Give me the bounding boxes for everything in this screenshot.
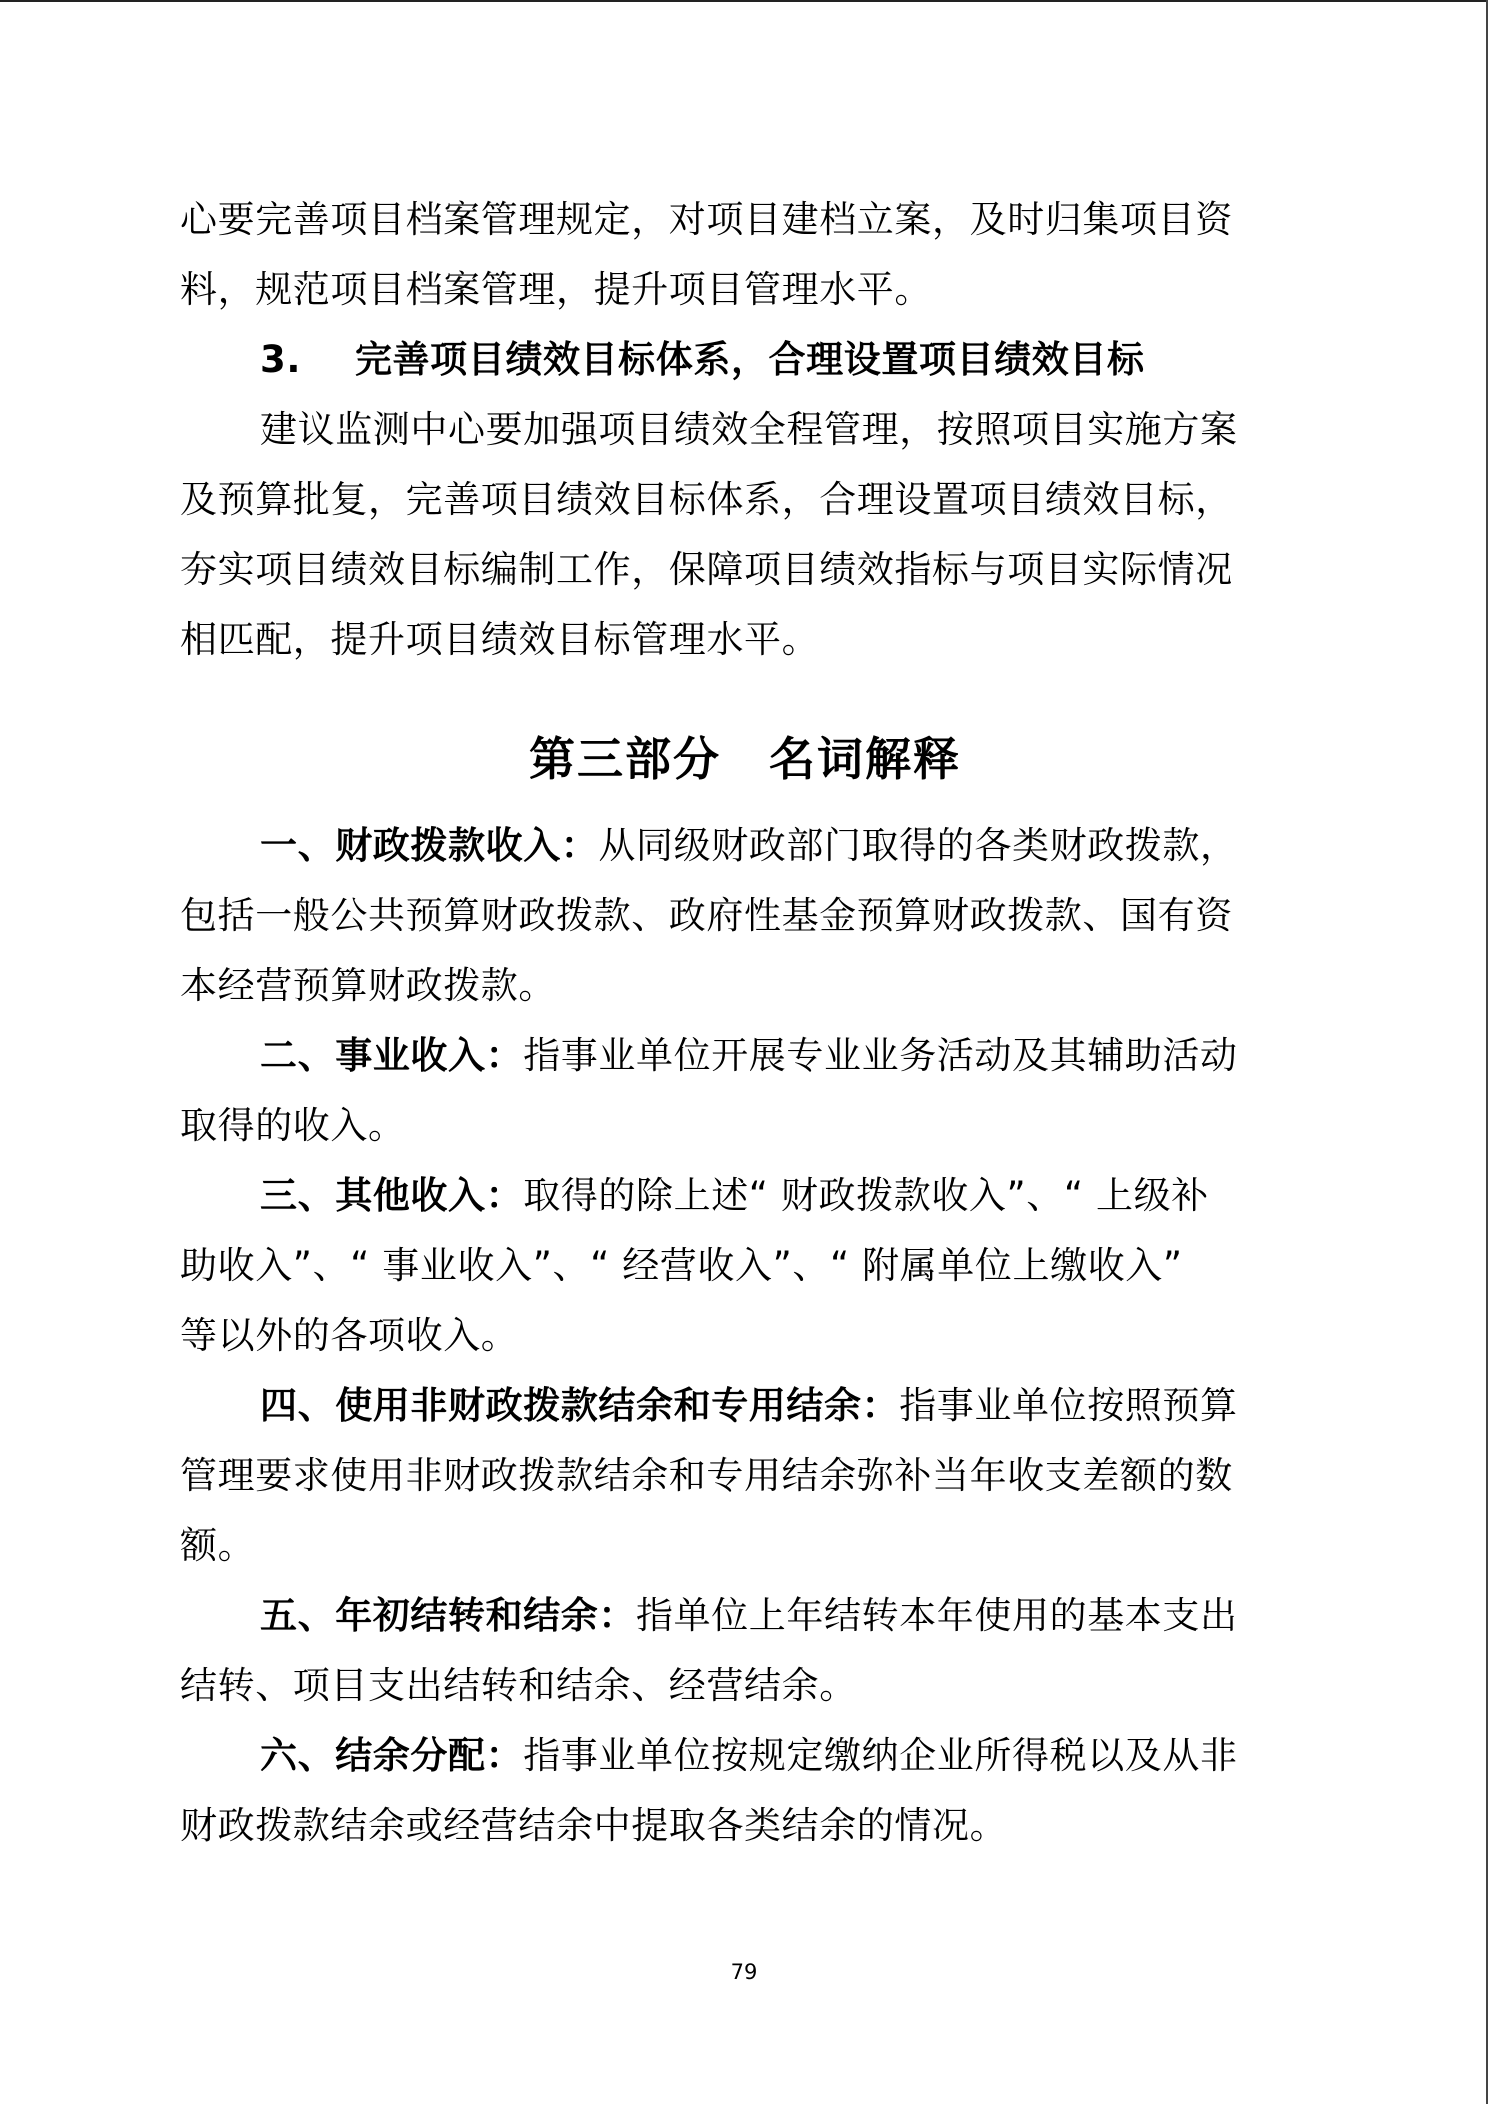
text-line: 结转、项目支出结转和结余、经营结余。	[180, 1651, 1310, 1721]
text-line: 建议监测中心要加强项目绩效全程管理，按照项目实施方案	[180, 395, 1310, 465]
text-line: 本经营预算财政拨款。	[180, 951, 1310, 1021]
term-text: 取得的除上述“ 财政拨款收入”、“ 上级补	[523, 1174, 1209, 1217]
text-line: 及预算批复，完善项目绩效目标体系，合理设置项目绩效目标，	[180, 465, 1310, 535]
term-definition: 三、其他收入：取得的除上述“ 财政拨款收入”、“ 上级补 助收入”、“ 事业收入…	[180, 1161, 1310, 1371]
term-text: 指事业单位按规定缴纳企业所得税以及从非	[523, 1734, 1237, 1777]
text-line: 相匹配，提升项目绩效目标管理水平。	[180, 605, 1310, 675]
section-title: 第三部分 名词解释	[180, 707, 1310, 811]
text-line: 取得的收入。	[180, 1091, 1310, 1161]
term-first-line: 五、年初结转和结余：指单位上年结转本年使用的基本支出	[180, 1581, 1310, 1651]
subheading: 3. 完善项目绩效目标体系，合理设置项目绩效目标	[180, 325, 1310, 395]
text-line: 助收入”、“ 事业收入”、“ 经营收入”、“ 附属单位上缴收入”	[180, 1231, 1310, 1301]
text-line: 额。	[180, 1511, 1310, 1581]
page-number: 79	[0, 1960, 1488, 1984]
subheading-number: 3.	[260, 338, 301, 381]
text-line: 夯实项目绩效目标编制工作，保障项目绩效指标与项目实际情况	[180, 535, 1310, 605]
text-line: 心要完善项目档案管理规定，对项目建档立案，及时归集项目资	[180, 185, 1310, 255]
term-text: 指事业单位开展专业业务活动及其辅助活动	[523, 1034, 1237, 1077]
recommendation-paragraph: 建议监测中心要加强项目绩效全程管理，按照项目实施方案 及预算批复，完善项目绩效目…	[180, 395, 1310, 675]
term-text: 指事业单位按照预算	[899, 1384, 1237, 1427]
term-label: 三、其他收入：	[260, 1174, 523, 1217]
term-definition: 四、使用非财政拨款结余和专用结余：指事业单位按照预算 管理要求使用非财政拨款结余…	[180, 1371, 1310, 1581]
text-line: 管理要求使用非财政拨款结余和专用结余弥补当年收支差额的数	[180, 1441, 1310, 1511]
term-label: 五、年初结转和结余：	[260, 1594, 636, 1637]
continuation-paragraph: 心要完善项目档案管理规定，对项目建档立案，及时归集项目资 料，规范项目档案管理，…	[180, 185, 1310, 325]
term-definition: 六、结余分配：指事业单位按规定缴纳企业所得税以及从非 财政拨款结余或经营结余中提…	[180, 1721, 1310, 1861]
term-first-line: 三、其他收入：取得的除上述“ 财政拨款收入”、“ 上级补	[180, 1161, 1310, 1231]
text-line: 包括一般公共预算财政拨款、政府性基金预算财政拨款、国有资	[180, 881, 1310, 951]
term-label: 二、事业收入：	[260, 1034, 523, 1077]
term-text: 指单位上年结转本年使用的基本支出	[636, 1594, 1238, 1637]
term-first-line: 二、事业收入：指事业单位开展专业业务活动及其辅助活动	[180, 1021, 1310, 1091]
term-definition: 五、年初结转和结余：指单位上年结转本年使用的基本支出 结转、项目支出结转和结余、…	[180, 1581, 1310, 1721]
term-label: 四、使用非财政拨款结余和专用结余：	[260, 1384, 899, 1427]
text-line: 等以外的各项收入。	[180, 1301, 1310, 1371]
term-label: 一、财政拨款收入：	[260, 824, 598, 867]
document-page: 心要完善项目档案管理规定，对项目建档立案，及时归集项目资 料，规范项目档案管理，…	[180, 185, 1310, 1861]
text-line: 财政拨款结余或经营结余中提取各类结余的情况。	[180, 1791, 1310, 1861]
top-border	[0, 0, 1488, 2]
term-first-line: 一、财政拨款收入：从同级财政部门取得的各类财政拨款，	[180, 811, 1310, 881]
term-definition: 一、财政拨款收入：从同级财政部门取得的各类财政拨款， 包括一般公共预算财政拨款、…	[180, 811, 1310, 1021]
term-definition: 二、事业收入：指事业单位开展专业业务活动及其辅助活动 取得的收入。	[180, 1021, 1310, 1161]
term-first-line: 四、使用非财政拨款结余和专用结余：指事业单位按照预算	[180, 1371, 1310, 1441]
text-line: 料，规范项目档案管理，提升项目管理水平。	[180, 255, 1310, 325]
term-first-line: 六、结余分配：指事业单位按规定缴纳企业所得税以及从非	[180, 1721, 1310, 1791]
term-label: 六、结余分配：	[260, 1734, 523, 1777]
subheading-text: 完善项目绩效目标体系，合理设置项目绩效目标	[355, 338, 1145, 381]
term-text: 从同级财政部门取得的各类财政拨款，	[598, 824, 1237, 867]
